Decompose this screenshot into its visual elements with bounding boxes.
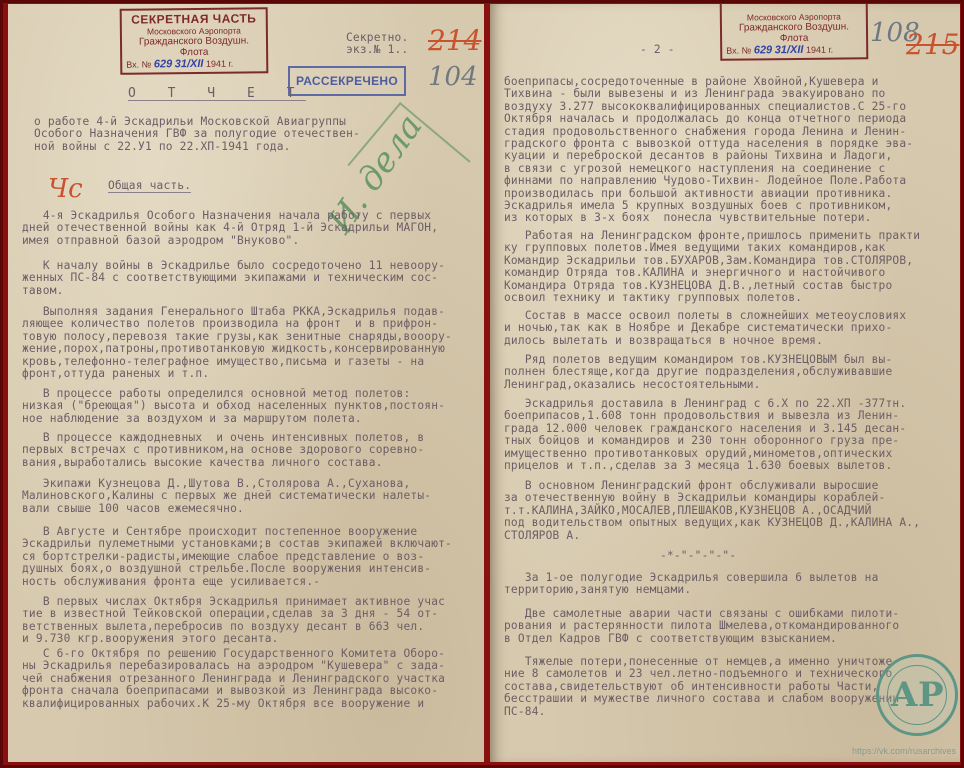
stamp-line-3: Гражданского Воздушн. Флота — [726, 21, 862, 44]
document-frame: СЕКРЕТНАЯ ЧАСТЬ Московского Аэропорта Гр… — [0, 0, 964, 768]
paragraph: В Августе и Сентябре происходит постепен… — [22, 526, 452, 588]
paragraph: Экипажи Кузнецова Д.,Шутова В.,Столярова… — [22, 478, 431, 515]
stamp-in-prefix: Вх. № — [126, 59, 151, 69]
paragraph: 4-я Эскадрилья Особого Назначения начала… — [22, 210, 438, 247]
archive-number-red: 214 — [428, 24, 481, 57]
right-page: - 2 - Московского Аэропорта Гражданского… — [490, 4, 960, 762]
paragraph: Тяжелые потери,понесенные от немцев,а им… — [504, 656, 899, 718]
stamp-number: 629 — [754, 44, 772, 56]
document-subtitle: о работе 4-й Эскадрильи Московской Авиаг… — [34, 116, 360, 153]
paragraph: Две самолетные аварии части связаны с ош… — [504, 608, 899, 645]
stamp-number: 629 — [154, 58, 172, 70]
stamp-in-prefix: Вх. № — [726, 45, 751, 55]
stamp-line-1: СЕКРЕТНАЯ ЧАСТЬ — [126, 11, 262, 26]
stamp-date: 31/XII — [775, 44, 804, 56]
paragraph: Ряд полетов ведущим командиром тов.КУЗНЕ… — [504, 354, 892, 391]
paragraph: Работая на Ленинградском фронте,пришлось… — [504, 230, 920, 304]
paragraph: боеприпасы,сосредоточенные в районе Хвой… — [504, 76, 913, 225]
paragraph: В процессе работы определился основной м… — [22, 388, 445, 425]
seal-monogram: АР — [890, 675, 943, 715]
page-number: - 2 - — [640, 44, 675, 56]
document-title: О Т Ч Е Т — [128, 88, 306, 101]
secret-department-stamp: СЕКРЕТНАЯ ЧАСТЬ Московского Аэропорта Гр… — [120, 7, 269, 75]
margin-note-red: Чс — [48, 174, 83, 204]
paragraph: За 1-ое полугодие Эскадрилья совершила 6… — [504, 572, 879, 597]
archive-agency-seal-icon: АР — [876, 654, 958, 736]
stamp-year: 1941 г. — [806, 45, 833, 55]
source-watermark: https://vk.com/rusarchives — [852, 746, 956, 756]
paragraph: В первых числах Октября Эскадрилья прини… — [22, 596, 445, 646]
paragraph: Выполняя задания Генерального Штаба РККА… — [22, 306, 452, 380]
paragraph: К началу войны в Эскадрилье было сосредо… — [22, 260, 445, 297]
stamp-year: 1941 г. — [206, 59, 233, 69]
stamp-line-4: Вх. № 629 31/XII 1941 г. — [126, 57, 262, 70]
archive-number-red: 215 — [906, 28, 959, 61]
section-heading: Общая часть. — [108, 180, 191, 193]
secret-copy-mark: Секретно. экз.№ 1.. — [346, 32, 408, 57]
section-divider: -*-"-"-"-"- — [660, 550, 736, 562]
stamp-date: 31/XII — [175, 58, 204, 70]
left-page: СЕКРЕТНАЯ ЧАСТЬ Московского Аэропорта Гр… — [8, 4, 484, 762]
secret-department-stamp: Московского Аэропорта Гражданского Возду… — [720, 4, 869, 61]
stamp-line-4: Вх. № 629 31/XII 1941 г. — [726, 43, 862, 56]
paragraph: В основном Ленинградский фронт обслужива… — [504, 480, 920, 542]
paragraph: Состав в массе освоил полеты в сложнейши… — [504, 310, 906, 347]
paragraph: С 6-го Октября по решению Государственно… — [22, 648, 445, 710]
paragraph: Эскадрилья доставила в Ленинград с 6.Х п… — [504, 398, 906, 472]
paragraph: В процессе каждодневных и очень интенсив… — [22, 432, 424, 469]
archive-number-grey: 104 — [428, 62, 478, 92]
stamp-line-3: Гражданского Воздушн. Флота — [126, 35, 262, 58]
